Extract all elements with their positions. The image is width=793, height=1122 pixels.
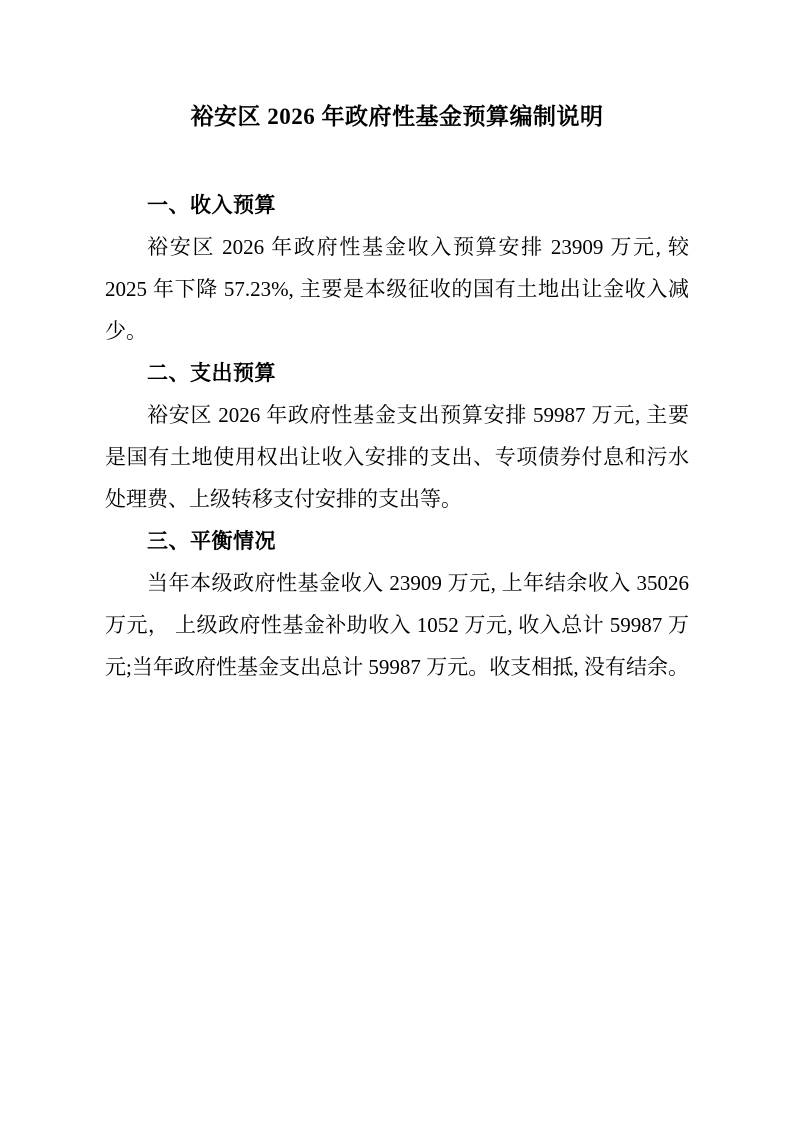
document-page: 裕安区 2026 年政府性基金预算编制说明 一、收入预算 裕安区 2026 年政… bbox=[0, 0, 793, 1122]
section-expenditure-budget: 二、支出预算 裕安区 2026 年政府性基金支出预算安排 59987 万元, 主… bbox=[105, 352, 689, 520]
document-title: 裕安区 2026 年政府性基金预算编制说明 bbox=[105, 96, 689, 138]
section-income-heading: 一、收入预算 bbox=[105, 184, 689, 226]
paragraph-line: 是国有土地使用权出让收入安排的支出、专项债券付息和污水 bbox=[105, 436, 689, 478]
paragraph-line: 少。 bbox=[105, 310, 689, 352]
paragraph-line: 裕安区 2026 年政府性基金收入预算安排 23909 万元, 较 bbox=[105, 226, 689, 268]
paragraph-line: 万元， 上级政府性基金补助收入 1052 万元, 收入总计 59987 万 bbox=[105, 604, 689, 646]
paragraph-line: 当年本级政府性基金收入 23909 万元, 上年结余收入 35026 bbox=[105, 562, 689, 604]
paragraph-line: 元;当年政府性基金支出总计 59987 万元。收支相抵, 没有结余。 bbox=[105, 646, 689, 688]
paragraph-line: 处理费、上级转移支付安排的支出等。 bbox=[105, 478, 689, 520]
section-balance-heading: 三、平衡情况 bbox=[105, 520, 689, 562]
section-expenditure-heading: 二、支出预算 bbox=[105, 352, 689, 394]
title-gap bbox=[105, 138, 689, 184]
section-balance: 三、平衡情况 当年本级政府性基金收入 23909 万元, 上年结余收入 3502… bbox=[105, 520, 689, 688]
section-income-budget: 一、收入预算 裕安区 2026 年政府性基金收入预算安排 23909 万元, 较… bbox=[105, 184, 689, 352]
paragraph-line: 2025 年下降 57.23%, 主要是本级征收的国有土地出让金收入减 bbox=[105, 268, 689, 310]
paragraph-line: 裕安区 2026 年政府性基金支出预算安排 59987 万元, 主要 bbox=[105, 394, 689, 436]
